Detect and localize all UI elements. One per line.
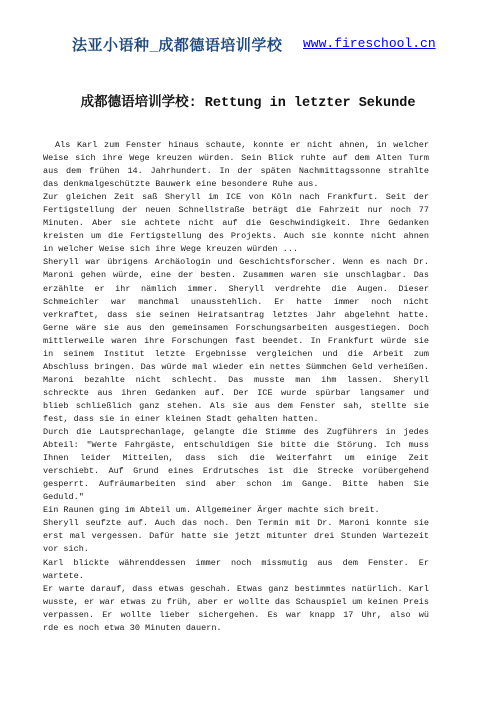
article-line: fest, dass sie in einer kleinen Stadt ge… [43,413,429,426]
school-name: 法亚小语种_成都德语培训学校 [72,34,282,55]
article-line: das denkmalgeschützte Bauwerk eine beson… [43,178,429,191]
website-link[interactable]: www.fireschool.cn [303,36,436,51]
article-line: blieb schließlich ganz stehen. Als sie a… [43,400,429,413]
article-line: in seinem Institut letzte Ergebnisse ver… [43,348,429,361]
article-line: Zur gleichen Zeit saß Sheryll im ICE von… [43,191,429,204]
article-line: Abteil: "Werte Fahrgäste, entschuldigen … [43,439,429,452]
article-line: Er warte darauf, dass etwas geschah. Etw… [43,583,429,596]
article-line: verkraftet, dass sie seinen Heiratsantra… [43,309,429,322]
article-line: Ihnen leider Mitteilen, dass sich die We… [43,452,429,465]
article-line: Maroni bezahlte nicht schlecht. Das muss… [43,374,429,387]
article-line: Ein Raunen ging im Abteil um. Allgemeine… [43,504,429,517]
article-line: Sheryll seufzte auf. Auch das noch. Den … [43,517,429,530]
article-line: Abschluss bringen. Das würde mal wieder … [43,361,429,374]
article-line: mittlerweile waren ihre Forschungen fast… [43,335,429,348]
page-title: 成都德语培训学校: Rettung in letzter Sekunde [0,90,496,111]
article-line: wusste, er war etwas zu früh, aber er wo… [43,596,429,609]
article-line: vor sich. [43,543,429,556]
article-line: erzählte er ihr nämlich immer. Sheryll v… [43,283,429,296]
article-line: in welcher Weise sich ihre Wege kreuzen … [43,243,429,256]
article-body: Als Karl zum Fenster hinaus schaute, kon… [43,139,429,635]
article-line: erst mal vergessen. Dafür hatte sie jetz… [43,530,429,543]
article-line: Karl blickte währenddessen immer noch mi… [43,557,429,570]
article-line: Geduld." [43,491,429,504]
article-line: kreisten um die Fertigstellung des Proje… [43,230,429,243]
document-header: 法亚小语种_成都德语培训学校 www.fireschool.cn [0,0,496,60]
article-line: Weise sich ihre Wege kreuzen würden. Sei… [43,152,429,165]
article-line: gesperrt. Aufräumarbeiten sind aber scho… [43,478,429,491]
article-line: verschiebt. Auf Grund eines Erdrutsches … [43,465,429,478]
article-line: verpassen. Er wollte lieber sichergehen.… [43,609,429,622]
article-line: Durch die Lautsprechanlage, gelangte die… [43,426,429,439]
article-line: Schmeichler war manchmal unausstehlich. … [43,296,429,309]
article-line: Minuten. Aber sie achtete nicht auf die … [43,217,429,230]
article-line: Als Karl zum Fenster hinaus schaute, kon… [43,139,429,152]
article-line: Maroni gehen würde, eine der besten. Zus… [43,269,429,282]
article-line: Sheryll war übrigens Archäologin und Ges… [43,256,429,269]
article-line: Fertigstellung der neuen Schnellstraße b… [43,204,429,217]
article-line: Gerne wäre sie aus den gemeinsamen Forsc… [43,322,429,335]
article-line: aus dem frühen 14. Jahrhundert. In der s… [43,165,429,178]
article-line: wartete. [43,570,429,583]
document-page: 法亚小语种_成都德语培训学校 www.fireschool.cn 成都德语培训学… [0,0,496,702]
article-line: rde es noch etwa 30 Minuten dauern. [43,622,429,635]
article-line: schreckte aus ihren Gedanken auf. Der IC… [43,387,429,400]
